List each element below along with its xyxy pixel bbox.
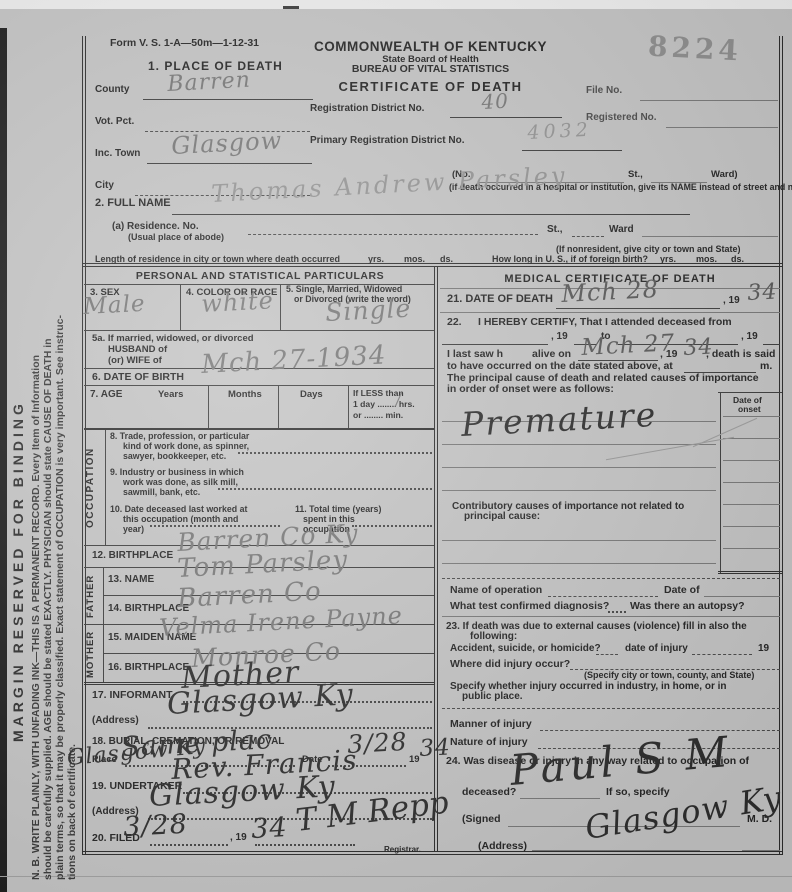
item9-leader <box>218 488 432 490</box>
informant-label: 17. INFORMANT <box>92 690 173 701</box>
margin-nb-line2: should be carefully supplied. AGE should… <box>42 315 54 880</box>
race-value: white <box>201 288 275 316</box>
file-no-label: File No. <box>586 86 622 97</box>
occupation-strip-label: OCCUPATION <box>86 430 97 545</box>
margin-nb-text: N. B. WRITE PLAINLY, WITH UNFADING INK—T… <box>30 315 78 880</box>
alive-on-label: alive on <box>532 349 571 360</box>
item10-line3: year) <box>123 525 144 534</box>
occurred-label: to have occurred on the date stated abov… <box>447 361 673 372</box>
less-than-label-3: or ........ min. <box>353 411 403 420</box>
residence-st-label: St., <box>547 225 563 236</box>
to-19-label: , 19 <box>741 332 758 343</box>
race-marital-divider <box>280 285 281 330</box>
wife-label: (or) WIFE of <box>108 356 162 366</box>
marital-label-1: 5. Single, Married, Widowed <box>286 285 402 294</box>
commonwealth-title: COMMONWEALTH OF KENTUCKY <box>303 40 558 54</box>
autopsy-label: Was there an autopsy? <box>630 601 745 612</box>
injury-date-line <box>692 654 752 655</box>
stamp-number: 8224 <box>647 32 742 66</box>
less-than-label-2: 1 day ........ hrs. <box>353 400 415 409</box>
column-divider <box>434 266 438 851</box>
reg-district-label: Registration District No. <box>310 104 424 115</box>
form-border-right <box>779 36 783 854</box>
name13-label: 13. NAME <box>108 575 154 586</box>
deceased-label: deceased? <box>462 787 516 798</box>
informant-address-label: (Address) <box>92 716 139 727</box>
county-value: Barren <box>167 70 252 96</box>
primary-district-line <box>522 150 622 151</box>
full-name-label: 2. FULL NAME <box>95 198 171 210</box>
filed-year-pre: , 19 <box>230 833 247 844</box>
husband-label: HUSBAND of <box>108 345 167 355</box>
margin-nb-line3: plain terms, so that it may be properly … <box>54 315 66 880</box>
informant-address-value: Glasgow Ky <box>166 680 354 720</box>
occupation-strip: OCCUPATION <box>86 430 106 545</box>
accident-label: Accident, suicide, or homicide? <box>450 644 601 655</box>
inc-town-label: Inc. Town <box>95 149 140 160</box>
dob-bottom-rule <box>84 385 434 386</box>
item10-line1: 10. Date deceased last worked at <box>110 505 247 514</box>
manner-line <box>540 730 780 731</box>
signed-address-line <box>532 850 700 851</box>
from-19-label: , 19 <box>551 332 568 343</box>
registered-no-label: Registered No. <box>586 113 657 124</box>
registered-no-line <box>666 127 778 128</box>
onset-label-2: onset <box>738 405 761 414</box>
scan-top-band <box>0 0 792 9</box>
cause-of-death-value: Premature <box>460 398 658 441</box>
filed-year-leader <box>255 844 355 846</box>
full-name-line <box>172 214 690 215</box>
item8-line3: sawyer, bookkeeper, etc. <box>123 452 226 461</box>
birthplace16-label: 16. BIRTHPLACE <box>108 663 189 674</box>
certify-text: I HEREBY CERTIFY, That I attended deceas… <box>478 317 732 328</box>
age-col1-divider <box>208 386 209 428</box>
length-mos: mos. <box>404 255 425 264</box>
date-of-death-year-pre: , 19 <box>723 296 740 307</box>
item9-line1: 9. Industry or business in which <box>110 468 244 477</box>
physician-signature: Paul S M <box>508 731 733 792</box>
accident-line <box>596 654 618 655</box>
item23-label-2: following: <box>470 632 517 643</box>
pencil-stroke-1 <box>606 437 734 461</box>
form-number: Form V. S. 1-A—50m—1-12-31 <box>110 38 259 49</box>
operation-date-label: Date of <box>664 585 700 596</box>
where-injury-label: Where did injury occur? <box>450 659 570 670</box>
item8-leader <box>238 452 432 454</box>
attended-from-line <box>442 344 548 345</box>
onset-rule-1 <box>723 416 780 417</box>
residence-ward-label: Ward <box>609 225 634 236</box>
onset-box-top <box>718 392 782 393</box>
name13-value: Tom Parsley <box>177 547 349 582</box>
onset-rule-6 <box>723 526 780 527</box>
howlong-label: How long in U. S., if of foreign birth? <box>492 255 648 264</box>
full-name-value: Thomas Andrew Parsley <box>211 163 568 206</box>
age-bottom-rule <box>84 428 434 430</box>
signed-address-label: (Address) <box>478 841 527 852</box>
certify-number: 22. <box>447 317 462 328</box>
age-col3-divider <box>348 386 349 428</box>
inc-town-value: Glasgow <box>171 128 283 158</box>
bureau-subtitle: BUREAU OF VITAL STATISTICS <box>303 64 558 75</box>
county-line <box>143 99 313 100</box>
m-label: m. <box>760 361 772 372</box>
dob-value: Mch 27-1934 <box>201 342 387 378</box>
death-certificate-scan: MARGIN RESERVED FOR BINDING N. B. WRITE … <box>0 0 792 892</box>
length-yrs: yrs. <box>368 255 384 264</box>
hours-mark: / <box>395 392 402 408</box>
filed-date-value: 3/28 <box>123 811 189 841</box>
length-residence-label: Length of residence in city or town wher… <box>95 255 340 264</box>
length-ds: ds. <box>440 255 453 264</box>
item11-line1: 11. Total time (years) <box>295 505 381 514</box>
item10-line2: this occupation (month and <box>123 515 238 524</box>
item9-line3: sawmill, bank, etc. <box>123 488 200 497</box>
signed-label: (Signed <box>462 814 501 825</box>
howlong-yrs: yrs. <box>660 255 676 264</box>
item8-line2: kind of work done, as spinner, <box>123 442 249 451</box>
mother-strip: MOTHER <box>86 625 104 683</box>
age-months-label: Months <box>228 390 262 400</box>
age-days-label: Days <box>300 390 323 400</box>
county-label: County <box>95 85 129 96</box>
residence-ward-line <box>642 236 778 237</box>
age-years-label: Years <box>158 390 183 400</box>
residence-st-line <box>572 236 604 237</box>
street-st-label: St., <box>628 170 643 180</box>
operation-date-line <box>704 596 780 597</box>
age-label: 7. AGE <box>90 390 122 401</box>
margin-nb-line4: tions on back of certificate. <box>66 315 78 880</box>
city-label: City <box>95 181 114 192</box>
onset-rule-4 <box>723 482 780 483</box>
filed-leader <box>150 844 228 846</box>
mother-strip-label: MOTHER <box>86 625 96 683</box>
onset-box-left <box>720 392 721 574</box>
dob-label: 6. DATE OF BIRTH <box>92 372 184 383</box>
margin-nb-line1: N. B. WRITE PLAINLY, WITH UNFADING INK—T… <box>30 315 42 880</box>
father-strip-label: FATHER <box>86 568 96 624</box>
specify-label-2: public place. <box>462 692 523 703</box>
vot-pct-label: Vot. Pct. <box>95 117 134 128</box>
item9-line2: work was done, as silk mill, <box>123 478 238 487</box>
death-said-label: , death is said <box>706 349 775 360</box>
last-saw-pre: I last saw h <box>447 349 503 360</box>
date-of-death-year: 34 <box>747 281 778 305</box>
onset-rule-3 <box>723 460 780 461</box>
abode-label: (Usual place of abode) <box>128 233 224 242</box>
manner-label: Manner of injury <box>450 719 532 730</box>
residence-line <box>248 234 538 235</box>
personal-section-title: PERSONAL AND STATISTICAL PARTICULARS <box>88 271 432 282</box>
margin-binding-text: MARGIN RESERVED FOR BINDING <box>10 400 26 742</box>
row21-rule <box>440 312 780 313</box>
certificate-title: CERTIFICATE OF DEATH <box>303 80 558 94</box>
filed-year-value: 34 <box>251 814 289 843</box>
primary-district-label: Primary Registration District No. <box>310 136 464 147</box>
file-no-line <box>640 100 778 101</box>
contributory-label-2: principal cause: <box>464 512 540 523</box>
contributory-rule-2 <box>442 563 716 564</box>
date-of-death-label: 21. DATE OF DEATH <box>447 294 553 306</box>
injury-date-label: date of injury <box>625 644 688 655</box>
last-saw-19: , 19 <box>660 349 678 360</box>
date-of-death-line <box>556 308 720 309</box>
test-rule <box>442 616 780 617</box>
item8-line1: 8. Trade, profession, or particular <box>110 432 249 441</box>
contributory-rule-1 <box>442 540 716 541</box>
onset-rule-7 <box>723 548 780 549</box>
operation-line <box>548 596 658 597</box>
father-strip: FATHER <box>86 568 104 624</box>
test-label: What test confirmed diagnosis? <box>450 601 609 612</box>
birthplace12-label: 12. BIRTHPLACE <box>92 551 173 562</box>
principal-cause-2: in order of onset were as follows: <box>447 384 614 395</box>
pencil-stroke-2 <box>693 418 757 447</box>
row3-bottom-rule <box>84 330 434 331</box>
registrar-label: Registrar. <box>384 846 421 854</box>
injury-19-label: 19 <box>758 644 769 655</box>
sex-value: Male <box>83 293 146 319</box>
onset-box-bottom <box>718 571 782 574</box>
residence-label: (a) Residence. No. <box>112 222 199 233</box>
deceased-line <box>520 798 600 799</box>
reg-district-value: 40 <box>481 91 509 112</box>
howlong-ds: ds. <box>731 255 744 264</box>
cause-rule-4 <box>442 490 716 491</box>
specify-city-note: (Specify city or town, county, and State… <box>584 671 754 680</box>
signed-address-line-2 <box>742 850 780 851</box>
test-leader <box>608 611 626 613</box>
to-19-line <box>763 344 780 345</box>
cause-rule-2 <box>442 444 716 445</box>
item5a-label: 5a. If married, widowed, or divorced <box>92 334 254 344</box>
marital-value: Single <box>325 296 412 325</box>
primary-district-value: 4032 <box>527 121 592 143</box>
form-border-bottom <box>82 851 783 855</box>
inc-town-line <box>147 163 312 164</box>
scan-left-strip <box>0 28 7 892</box>
date-of-death-value: Mch 28 <box>561 277 660 306</box>
operation-top-rule <box>442 578 780 579</box>
item11-leader <box>352 525 432 527</box>
scan-mark <box>283 6 299 9</box>
sex-race-divider <box>180 285 181 330</box>
operation-label: Name of operation <box>450 585 542 596</box>
manner-top-rule <box>442 708 780 709</box>
street-ward-label: Ward) <box>711 170 738 180</box>
howlong-mos: mos. <box>696 255 717 264</box>
reg-district-line <box>450 117 562 118</box>
cause-rule-3 <box>442 467 716 468</box>
burial-year-pre: 19 <box>409 755 420 765</box>
scan-bottom-line <box>0 876 792 877</box>
age-col2-divider <box>278 386 279 428</box>
onset-rule-5 <box>723 504 780 505</box>
